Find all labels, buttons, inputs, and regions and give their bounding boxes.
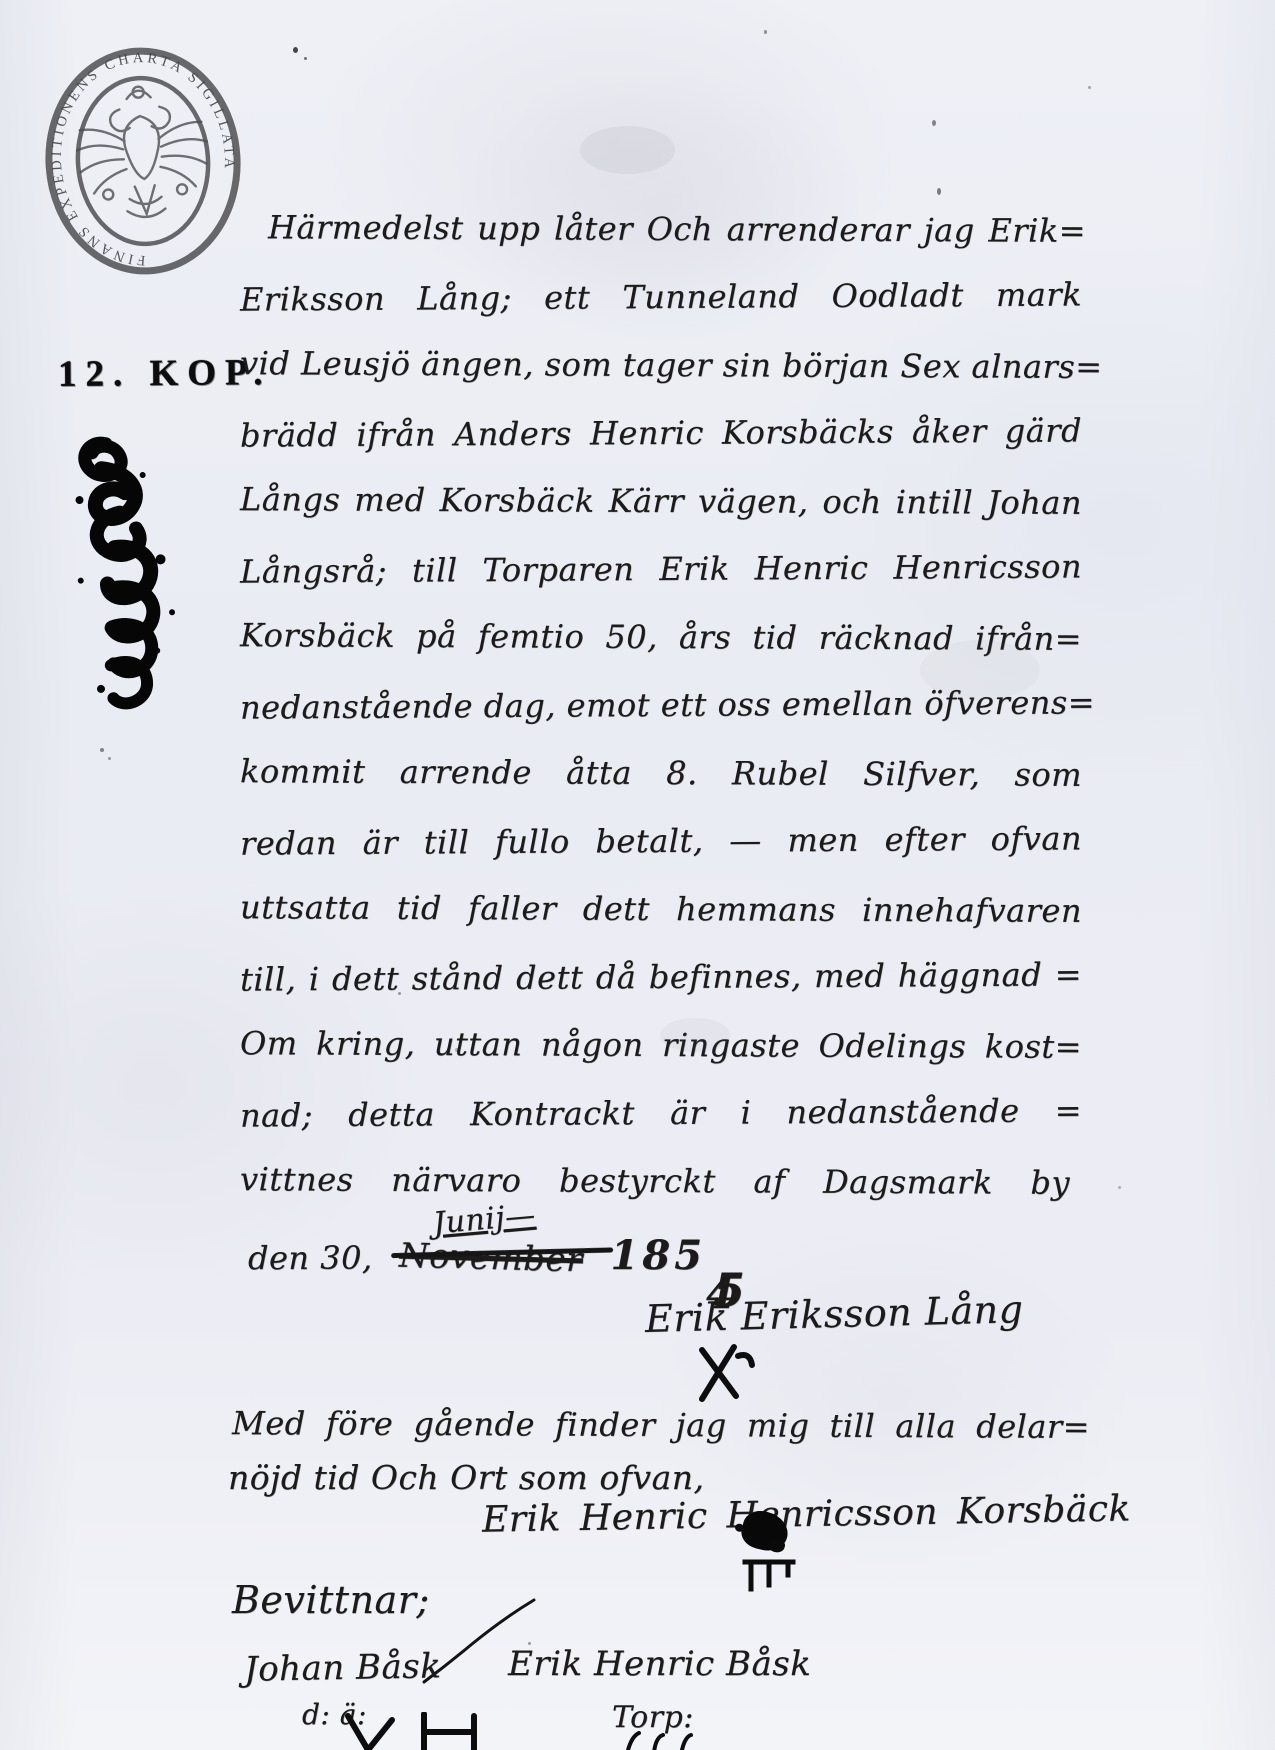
body-line: nad; detta Kontrackt är i nedanstående =: [240, 1081, 1082, 1144]
lessee-bomarke: [742, 1556, 798, 1592]
ink-speck: [1088, 86, 1091, 89]
body-line: brädd ifrån Anders Henric Korsbäcks åker…: [240, 401, 1082, 464]
witness1-signature: Johan Båsk: [244, 1646, 442, 1689]
smudge: [920, 640, 1040, 700]
vertical-ink-signature: [58, 422, 198, 722]
body-line: vittnes närvaro bestyrckt af Dagsmark by: [240, 1150, 1070, 1212]
body-line: Eriksson Lång; ett Tunneland Oodladt mar…: [240, 265, 1082, 328]
ink-speck: [398, 992, 401, 995]
date-line: den 30,Junij—November18545: [248, 1232, 736, 1279]
tick-marks-icon: [622, 1728, 708, 1750]
closing-line: Med före gående finder jag mig till alla…: [232, 1394, 1090, 1456]
body-line: Härmedelst upp låter Och arrenderar jag …: [268, 198, 1086, 260]
ink-speck: [937, 188, 941, 195]
body-line: uttsatta tid faller dett hemmans innehaf…: [240, 878, 1082, 940]
ink-speck: [1118, 1186, 1121, 1189]
body-line: till, i dett stånd dett då befinnes, med…: [240, 945, 1082, 1008]
body-line: Långs med Korsbäck Kärr vägen, och intil…: [240, 470, 1082, 532]
body-line: vid Leusjö ängen, som tager sin början S…: [240, 334, 1082, 396]
smudge: [580, 126, 675, 174]
ink-scribble-icon: [58, 422, 198, 722]
scanned-document-page: FINANS EXPEDITIONENS CHARTA SIGILLATA: [0, 0, 1275, 1750]
year-prefix: 185: [611, 1232, 707, 1279]
witness-heading: Bevittnar;: [232, 1578, 430, 1622]
ink-speck: [528, 1642, 531, 1645]
inserted-month: Junij—: [431, 1198, 536, 1242]
vh-mark-icon: [342, 1712, 512, 1750]
house-mark-icon: [742, 1556, 798, 1592]
witness1-handmark: [342, 1712, 512, 1750]
body-line: kommit arrende åtta 8. Rubel Silfver, so…: [240, 742, 1082, 804]
ink-speck: [100, 748, 104, 752]
body-line: Långsrå; till Torparen Erik Henric Henri…: [240, 537, 1082, 600]
ink-speck: [764, 30, 767, 34]
ink-speck: [455, 1048, 459, 1052]
imperial-double-eagle-seal-icon: FINANS EXPEDITIONENS CHARTA SIGILLATA: [28, 33, 258, 289]
witness2-handmark: [622, 1728, 708, 1750]
ink-speck: [293, 47, 298, 53]
struck-month: November: [398, 1236, 583, 1281]
date-prefix: den 30,: [248, 1239, 373, 1277]
ink-speck: [932, 120, 936, 126]
ink-speck: [304, 57, 307, 60]
charta-sigillata-seal: FINANS EXPEDITIONENS CHARTA SIGILLATA: [28, 33, 258, 289]
witness2-signature: Erik Henric Båsk: [508, 1644, 811, 1684]
body-line: redan är till fullo betalt, — men efter …: [240, 809, 1082, 872]
ink-speck: [108, 757, 111, 760]
lessor-signature: Erik Eriksson Lång: [644, 1287, 1023, 1341]
smudge: [660, 1018, 730, 1052]
closing-line: nöjd tid Och Ort som ofvan,: [228, 1458, 704, 1497]
body-line: Om kring, uttan någon ringaste Odelings …: [240, 1014, 1082, 1076]
